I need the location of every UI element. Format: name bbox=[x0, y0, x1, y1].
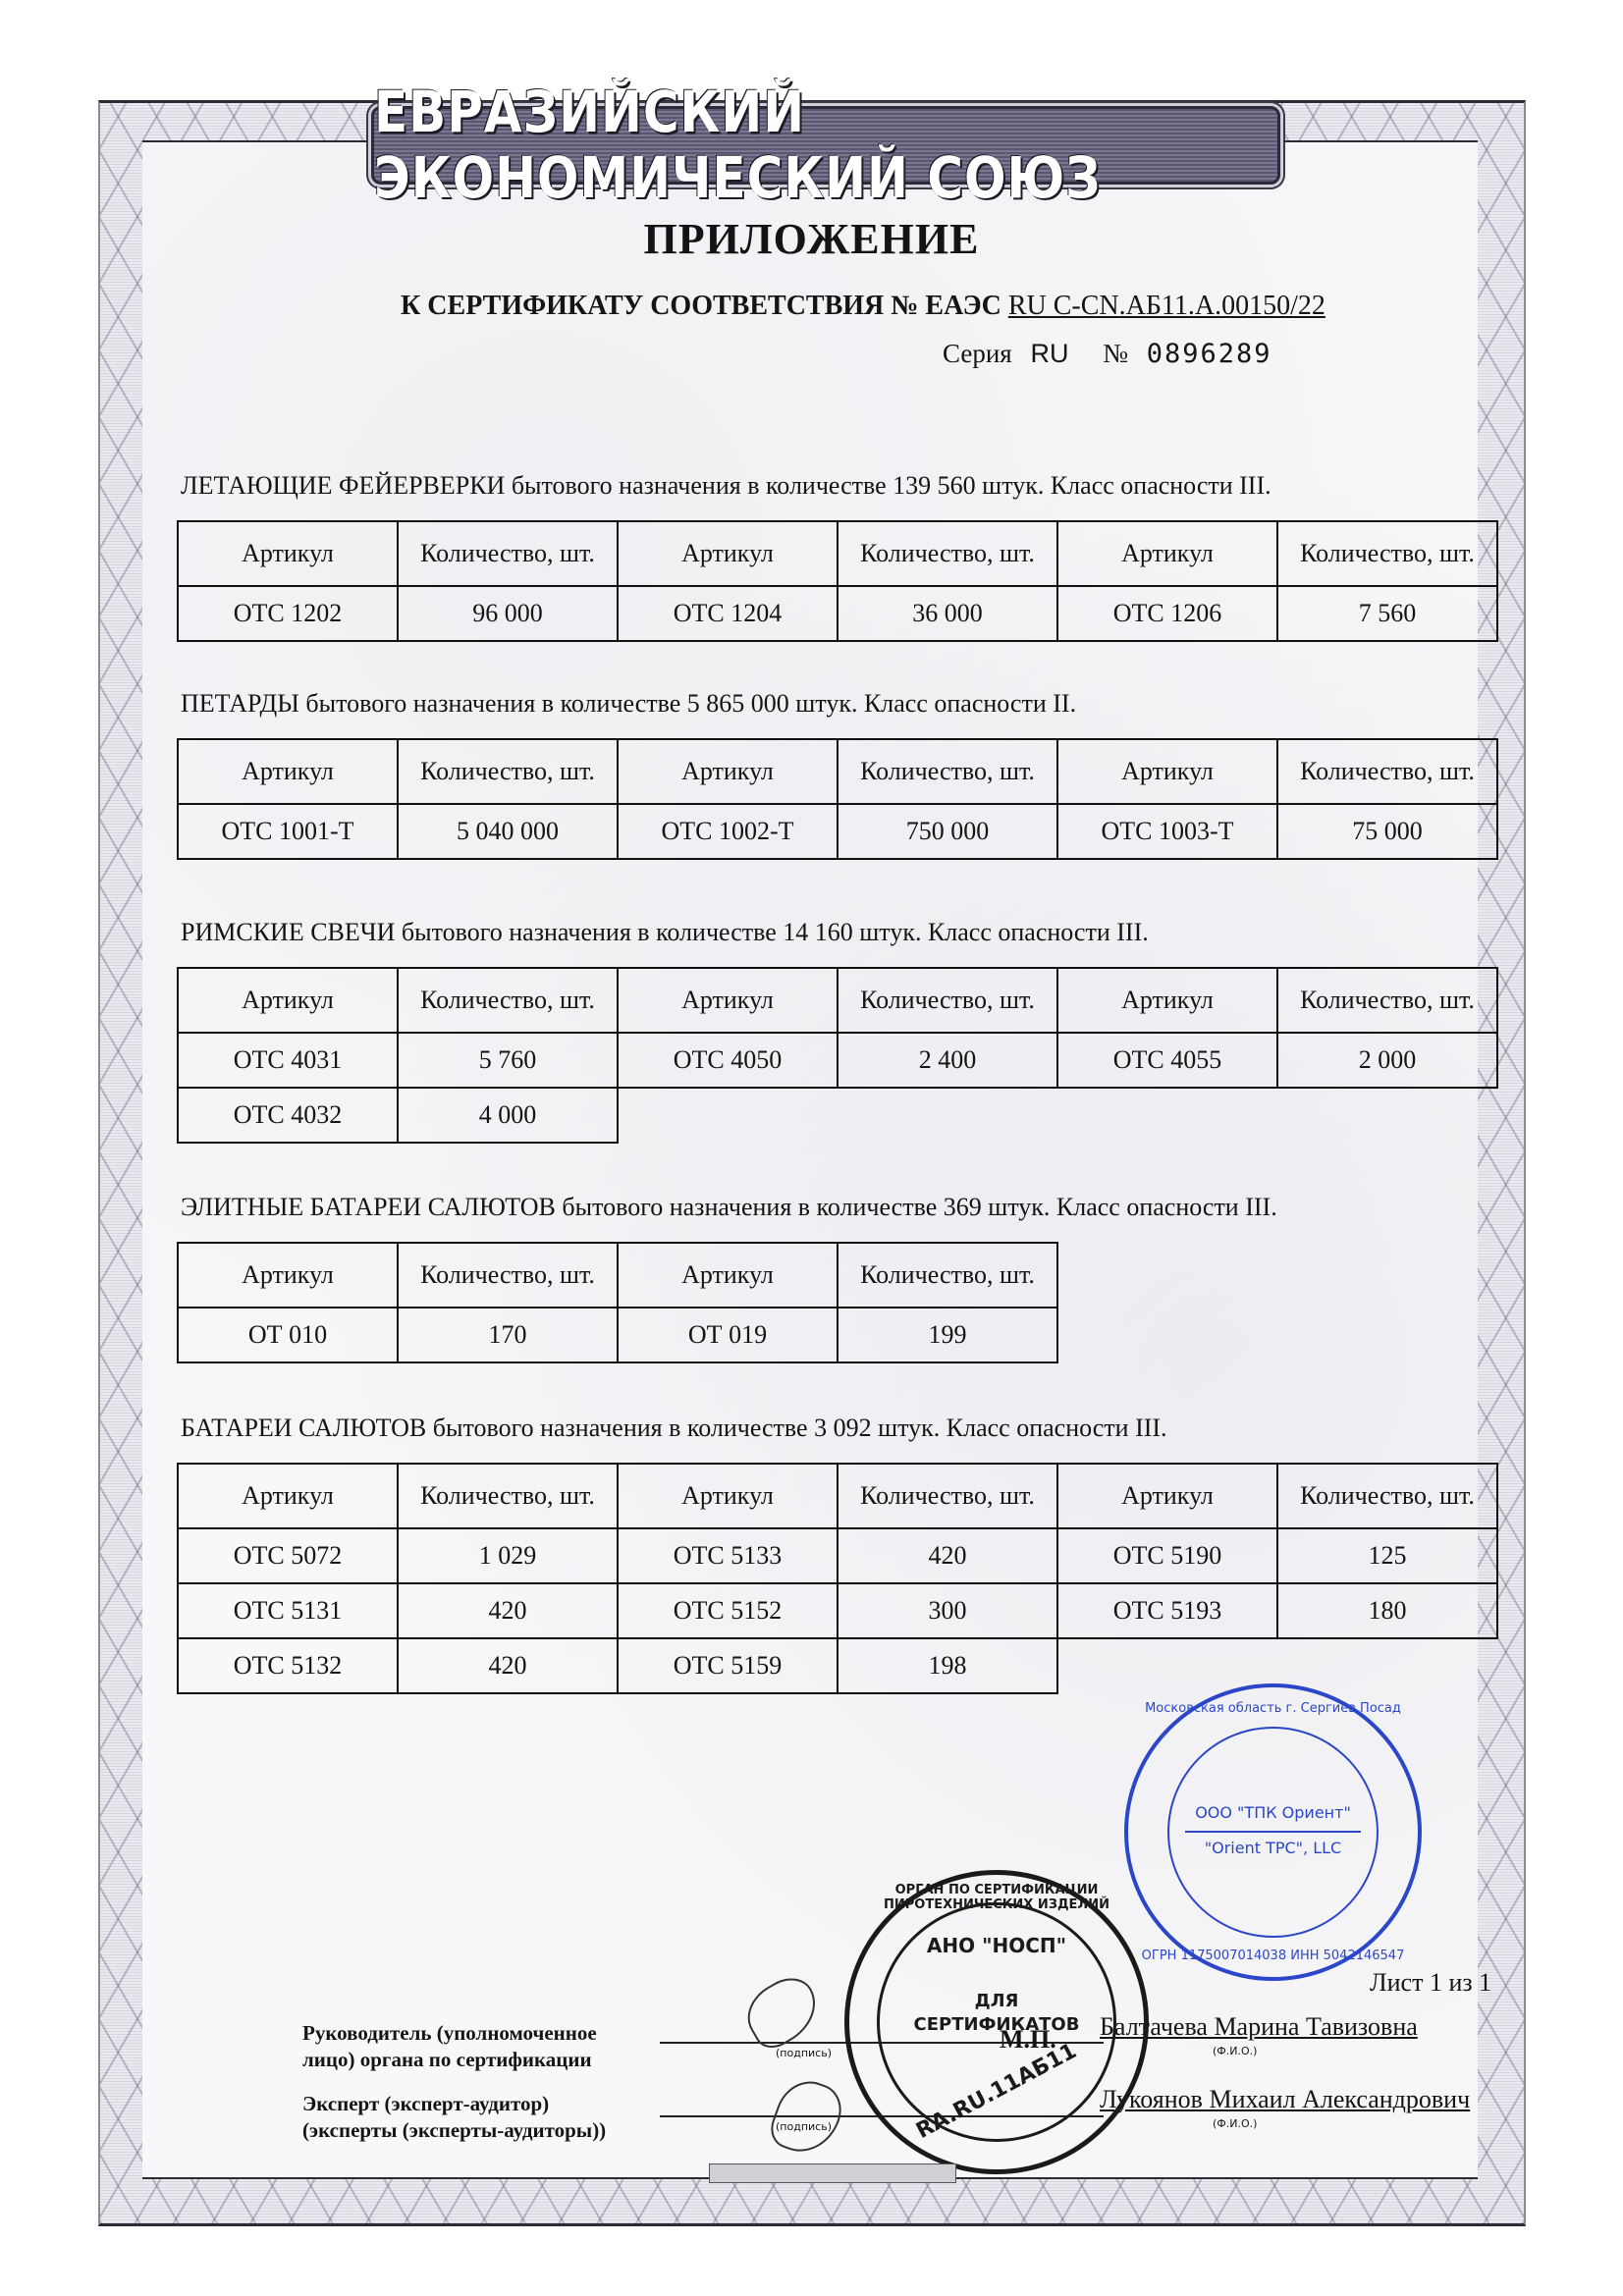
head-signature-caption: (подпись) bbox=[776, 2047, 832, 2059]
form-number: 0896289 bbox=[1147, 339, 1272, 369]
table-row: ОТС 12067 560 bbox=[1057, 586, 1497, 641]
quantity-cell: 5 760 bbox=[398, 1033, 618, 1088]
column-header-article: Артикул bbox=[178, 1464, 398, 1528]
table-header-row: АртикулКоличество, шт. bbox=[1057, 1464, 1497, 1528]
banner-text: ЕВРАЗИЙСКИЙ ЭКОНОМИЧЕСКИЙ СОЮЗ bbox=[374, 80, 1277, 210]
article-cell: ОТС 1003-Т bbox=[1057, 804, 1277, 859]
article-table: АртикулКоличество, шт.ОТС 40552 000 bbox=[1056, 967, 1498, 1089]
quantity-cell: 300 bbox=[838, 1583, 1057, 1638]
sheet-counter: Лист 1 из 1 bbox=[1370, 1968, 1491, 1998]
article-cell: ОТС 4032 bbox=[178, 1088, 398, 1143]
quantity-cell: 125 bbox=[1277, 1528, 1497, 1583]
table-header-row: АртикулКоличество, шт. bbox=[618, 1243, 1057, 1308]
table-row: ОТС 5190125 bbox=[1057, 1528, 1497, 1583]
quantity-cell: 420 bbox=[398, 1583, 618, 1638]
quantity-cell: 1 029 bbox=[398, 1528, 618, 1583]
article-cell: ОТС 5159 bbox=[618, 1638, 838, 1693]
table-header-row: АртикулКоличество, шт. bbox=[178, 1243, 618, 1308]
article-cell: ОТС 4031 bbox=[178, 1033, 398, 1088]
article-table: АртикулКоличество, шт.ОТС 40315 760ОТС 4… bbox=[177, 967, 619, 1144]
section-title: ПЕТАРДЫ бытового назначения в количестве… bbox=[181, 689, 1076, 719]
section-title: БАТАРЕИ САЛЮТОВ бытового назначения в ко… bbox=[181, 1414, 1167, 1443]
section-title: ЭЛИТНЫЕ БАТАРЕИ САЛЮТОВ бытового назначе… bbox=[181, 1193, 1277, 1222]
table-row: ОТС 5159198 bbox=[618, 1638, 1057, 1693]
table-row: ОТС 5152300 bbox=[618, 1583, 1057, 1638]
article-cell: ОТС 5072 bbox=[178, 1528, 398, 1583]
table-row: ОТС 120436 000 bbox=[618, 586, 1057, 641]
table-header-row: АртикулКоличество, шт. bbox=[618, 739, 1057, 804]
quantity-cell: 96 000 bbox=[398, 586, 618, 641]
quantity-cell: 7 560 bbox=[1277, 586, 1497, 641]
company-stamp-name-en: "Orient TPC", LLC bbox=[1128, 1839, 1418, 1857]
table-row: ОТС 1002-Т750 000 bbox=[618, 804, 1057, 859]
expert-name: Лукоянов Михаил Александрович bbox=[1100, 2085, 1470, 2114]
table-header-row: АртикулКоличество, шт. bbox=[618, 1464, 1057, 1528]
article-table: АртикулКоличество, шт.ОТС 1001-Т5 040 00… bbox=[177, 738, 619, 860]
column-header-quantity: Количество, шт. bbox=[398, 521, 618, 586]
table-row: ОТ 019199 bbox=[618, 1308, 1057, 1362]
company-stamp: Московская область г. Сергиев Посад ООО … bbox=[1124, 1683, 1422, 1981]
table-header-row: АртикулКоличество, шт. bbox=[1057, 739, 1497, 804]
table-header-row: АртикулКоличество, шт. bbox=[1057, 521, 1497, 586]
table-row: ОТС 1003-Т75 000 bbox=[1057, 804, 1497, 859]
column-header-article: Артикул bbox=[178, 521, 398, 586]
column-header-quantity: Количество, шт. bbox=[838, 1243, 1057, 1308]
expert-label-line1: Эксперт (эксперт-аудитор) bbox=[302, 2091, 606, 2117]
article-cell: ОТС 4050 bbox=[618, 1033, 838, 1088]
table-row: ОТС 40324 000 bbox=[178, 1088, 618, 1143]
company-stamp-name-ru: ООО "ТПК Ориент" bbox=[1128, 1803, 1418, 1822]
company-stamp-ring-top: Московская область г. Сергиев Посад bbox=[1128, 1701, 1418, 1716]
table-row: ОТС 5133420 bbox=[618, 1528, 1057, 1583]
company-stamp-divider bbox=[1185, 1831, 1361, 1833]
series-line: Серия RU № 0896289 bbox=[943, 339, 1272, 369]
table-header-row: АртикулКоличество, шт. bbox=[1057, 968, 1497, 1033]
printer-imprint bbox=[709, 2163, 956, 2183]
column-header-quantity: Количество, шт. bbox=[398, 968, 618, 1033]
table-header-row: АртикулКоличество, шт. bbox=[618, 521, 1057, 586]
column-header-article: Артикул bbox=[1057, 521, 1277, 586]
table-row: ОТС 40502 400 bbox=[618, 1033, 1057, 1088]
authority-stamp-org: АНО "НОСП" bbox=[849, 1934, 1144, 1957]
expert-name-caption: (Ф.И.О.) bbox=[1213, 2117, 1257, 2130]
article-table: АртикулКоличество, шт.ОТС 120296 000 bbox=[177, 520, 619, 642]
article-cell: ОТС 5152 bbox=[618, 1583, 838, 1638]
quantity-cell: 180 bbox=[1277, 1583, 1497, 1638]
quantity-cell: 2 400 bbox=[838, 1033, 1057, 1088]
eaeu-banner: ЕВРАЗИЙСКИЙ ЭКОНОМИЧЕСКИЙ СОЮЗ bbox=[371, 106, 1280, 185]
series-value: RU bbox=[1030, 339, 1068, 368]
section-title: ЛЕТАЮЩИЕ ФЕЙЕРВЕРКИ бытового назначения … bbox=[181, 471, 1271, 501]
table-row: ОТС 5132420 bbox=[178, 1638, 618, 1693]
head-label: Руководитель (уполномоченное лицо) орган… bbox=[302, 2020, 597, 2073]
article-cell: ОТС 1204 bbox=[618, 586, 838, 641]
company-stamp-ring-bottom: ОГРН 1175007014038 ИНН 5042146547 bbox=[1128, 1949, 1418, 1963]
article-table: АртикулКоличество, шт.ОТС 5190125ОТС 519… bbox=[1056, 1463, 1498, 1639]
column-header-article: Артикул bbox=[618, 1243, 838, 1308]
page-title: ПРИЛОЖЕНИЕ bbox=[0, 214, 1623, 264]
article-table: АртикулКоличество, шт.ОТС 120436 000 bbox=[617, 520, 1058, 642]
article-cell: ОТС 5190 bbox=[1057, 1528, 1277, 1583]
quantity-cell: 420 bbox=[398, 1638, 618, 1693]
certificate-reference: К СЕРТИФИКАТУ СООТВЕТСТВИЯ № ЕАЭС RU C-C… bbox=[401, 291, 1325, 322]
authority-stamp-line1: ДЛЯ bbox=[849, 1991, 1144, 2011]
column-header-quantity: Количество, шт. bbox=[1277, 968, 1497, 1033]
article-cell: ОТС 5131 bbox=[178, 1583, 398, 1638]
article-cell: ОТС 1202 bbox=[178, 586, 398, 641]
quantity-cell: 4 000 bbox=[398, 1088, 618, 1143]
column-header-article: Артикул bbox=[618, 1464, 838, 1528]
article-table: АртикулКоличество, шт.ОТС 1002-Т750 000 bbox=[617, 738, 1058, 860]
table-row: ОТС 120296 000 bbox=[178, 586, 618, 641]
column-header-article: Артикул bbox=[618, 968, 838, 1033]
quantity-cell: 199 bbox=[838, 1308, 1057, 1362]
certificate-number: RU C-CN.АБ11.А.00150/22 bbox=[1008, 291, 1325, 321]
head-label-line1: Руководитель (уполномоченное bbox=[302, 2020, 597, 2047]
column-header-quantity: Количество, шт. bbox=[1277, 739, 1497, 804]
authority-stamp-ring-top: ОРГАН ПО СЕРТИФИКАЦИИ ПИРОТЕХНИЧЕСКИХ ИЗ… bbox=[849, 1883, 1144, 1912]
column-header-quantity: Количество, шт. bbox=[1277, 521, 1497, 586]
article-cell: ОТС 1001-Т bbox=[178, 804, 398, 859]
article-cell: ОТ 019 bbox=[618, 1308, 838, 1362]
table-header-row: АртикулКоличество, шт. bbox=[178, 968, 618, 1033]
quantity-cell: 420 bbox=[838, 1528, 1057, 1583]
article-cell: ОТС 4055 bbox=[1057, 1033, 1277, 1088]
table-row: ОТС 50721 029 bbox=[178, 1528, 618, 1583]
series-label: Серия bbox=[943, 339, 1012, 368]
column-header-quantity: Количество, шт. bbox=[398, 739, 618, 804]
article-table: АртикулКоличество, шт.ОТС 5133420ОТС 515… bbox=[617, 1463, 1058, 1694]
table-header-row: АртикулКоличество, шт. bbox=[178, 521, 618, 586]
column-header-quantity: Количество, шт. bbox=[838, 968, 1057, 1033]
article-cell: ОТС 1206 bbox=[1057, 586, 1277, 641]
head-label-line2: лицо) органа по сертификации bbox=[302, 2047, 597, 2073]
column-header-quantity: Количество, шт. bbox=[1277, 1464, 1497, 1528]
column-header-article: Артикул bbox=[1057, 1464, 1277, 1528]
column-header-article: Артикул bbox=[178, 968, 398, 1033]
article-table: АртикулКоличество, шт.ОТС 12067 560 bbox=[1056, 520, 1498, 642]
article-table: АртикулКоличество, шт.ОТ 019199 bbox=[617, 1242, 1058, 1363]
column-header-quantity: Количество, шт. bbox=[398, 1243, 618, 1308]
column-header-quantity: Количество, шт. bbox=[398, 1464, 618, 1528]
article-cell: ОТС 1002-Т bbox=[618, 804, 838, 859]
column-header-article: Артикул bbox=[1057, 739, 1277, 804]
article-table: АртикулКоличество, шт.ОТС 40502 400 bbox=[617, 967, 1058, 1089]
table-row: ОТС 40315 760 bbox=[178, 1033, 618, 1088]
column-header-article: Артикул bbox=[178, 739, 398, 804]
quantity-cell: 2 000 bbox=[1277, 1033, 1497, 1088]
table-header-row: АртикулКоличество, шт. bbox=[178, 1464, 618, 1528]
column-header-article: Артикул bbox=[618, 521, 838, 586]
table-row: ОТС 1001-Т5 040 000 bbox=[178, 804, 618, 859]
number-label: № bbox=[1103, 339, 1128, 368]
article-cell: ОТС 5133 bbox=[618, 1528, 838, 1583]
table-row: ОТС 5193180 bbox=[1057, 1583, 1497, 1638]
table-row: ОТ 010170 bbox=[178, 1308, 618, 1362]
column-header-article: Артикул bbox=[618, 739, 838, 804]
quantity-cell: 750 000 bbox=[838, 804, 1057, 859]
section-title: РИМСКИЕ СВЕЧИ бытового назначения в коли… bbox=[181, 918, 1149, 947]
table-header-row: АртикулКоличество, шт. bbox=[178, 739, 618, 804]
table-row: ОТС 5131420 bbox=[178, 1583, 618, 1638]
table-row: ОТС 40552 000 bbox=[1057, 1033, 1497, 1088]
article-table: АртикулКоличество, шт.ОТС 1003-Т75 000 bbox=[1056, 738, 1498, 860]
quantity-cell: 36 000 bbox=[838, 586, 1057, 641]
article-table: АртикулКоличество, шт.ОТ 010170 bbox=[177, 1242, 619, 1363]
article-table: АртикулКоличество, шт.ОТС 50721 029ОТС 5… bbox=[177, 1463, 619, 1694]
column-header-quantity: Количество, шт. bbox=[838, 739, 1057, 804]
seal-place: М.П. bbox=[1000, 2025, 1056, 2055]
head-name-caption: (Ф.И.О.) bbox=[1213, 2045, 1257, 2057]
quantity-cell: 75 000 bbox=[1277, 804, 1497, 859]
article-cell: ОТС 5132 bbox=[178, 1638, 398, 1693]
column-header-quantity: Количество, шт. bbox=[838, 521, 1057, 586]
column-header-article: Артикул bbox=[1057, 968, 1277, 1033]
certificate-prefix: К СЕРТИФИКАТУ СООТВЕТСТВИЯ № ЕАЭС bbox=[401, 291, 1001, 321]
quantity-cell: 198 bbox=[838, 1638, 1057, 1693]
column-header-quantity: Количество, шт. bbox=[838, 1464, 1057, 1528]
authority-stamp: ОРГАН ПО СЕРТИФИКАЦИИ ПИРОТЕХНИЧЕСКИХ ИЗ… bbox=[844, 1870, 1149, 2174]
article-cell: ОТС 5193 bbox=[1057, 1583, 1277, 1638]
quantity-cell: 5 040 000 bbox=[398, 804, 618, 859]
column-header-article: Артикул bbox=[178, 1243, 398, 1308]
expert-label-line2: (эксперты (эксперты-аудиторы)) bbox=[302, 2117, 606, 2144]
expert-label: Эксперт (эксперт-аудитор) (эксперты (экс… bbox=[302, 2091, 606, 2144]
quantity-cell: 170 bbox=[398, 1308, 618, 1362]
article-cell: ОТ 010 bbox=[178, 1308, 398, 1362]
table-header-row: АртикулКоличество, шт. bbox=[618, 968, 1057, 1033]
